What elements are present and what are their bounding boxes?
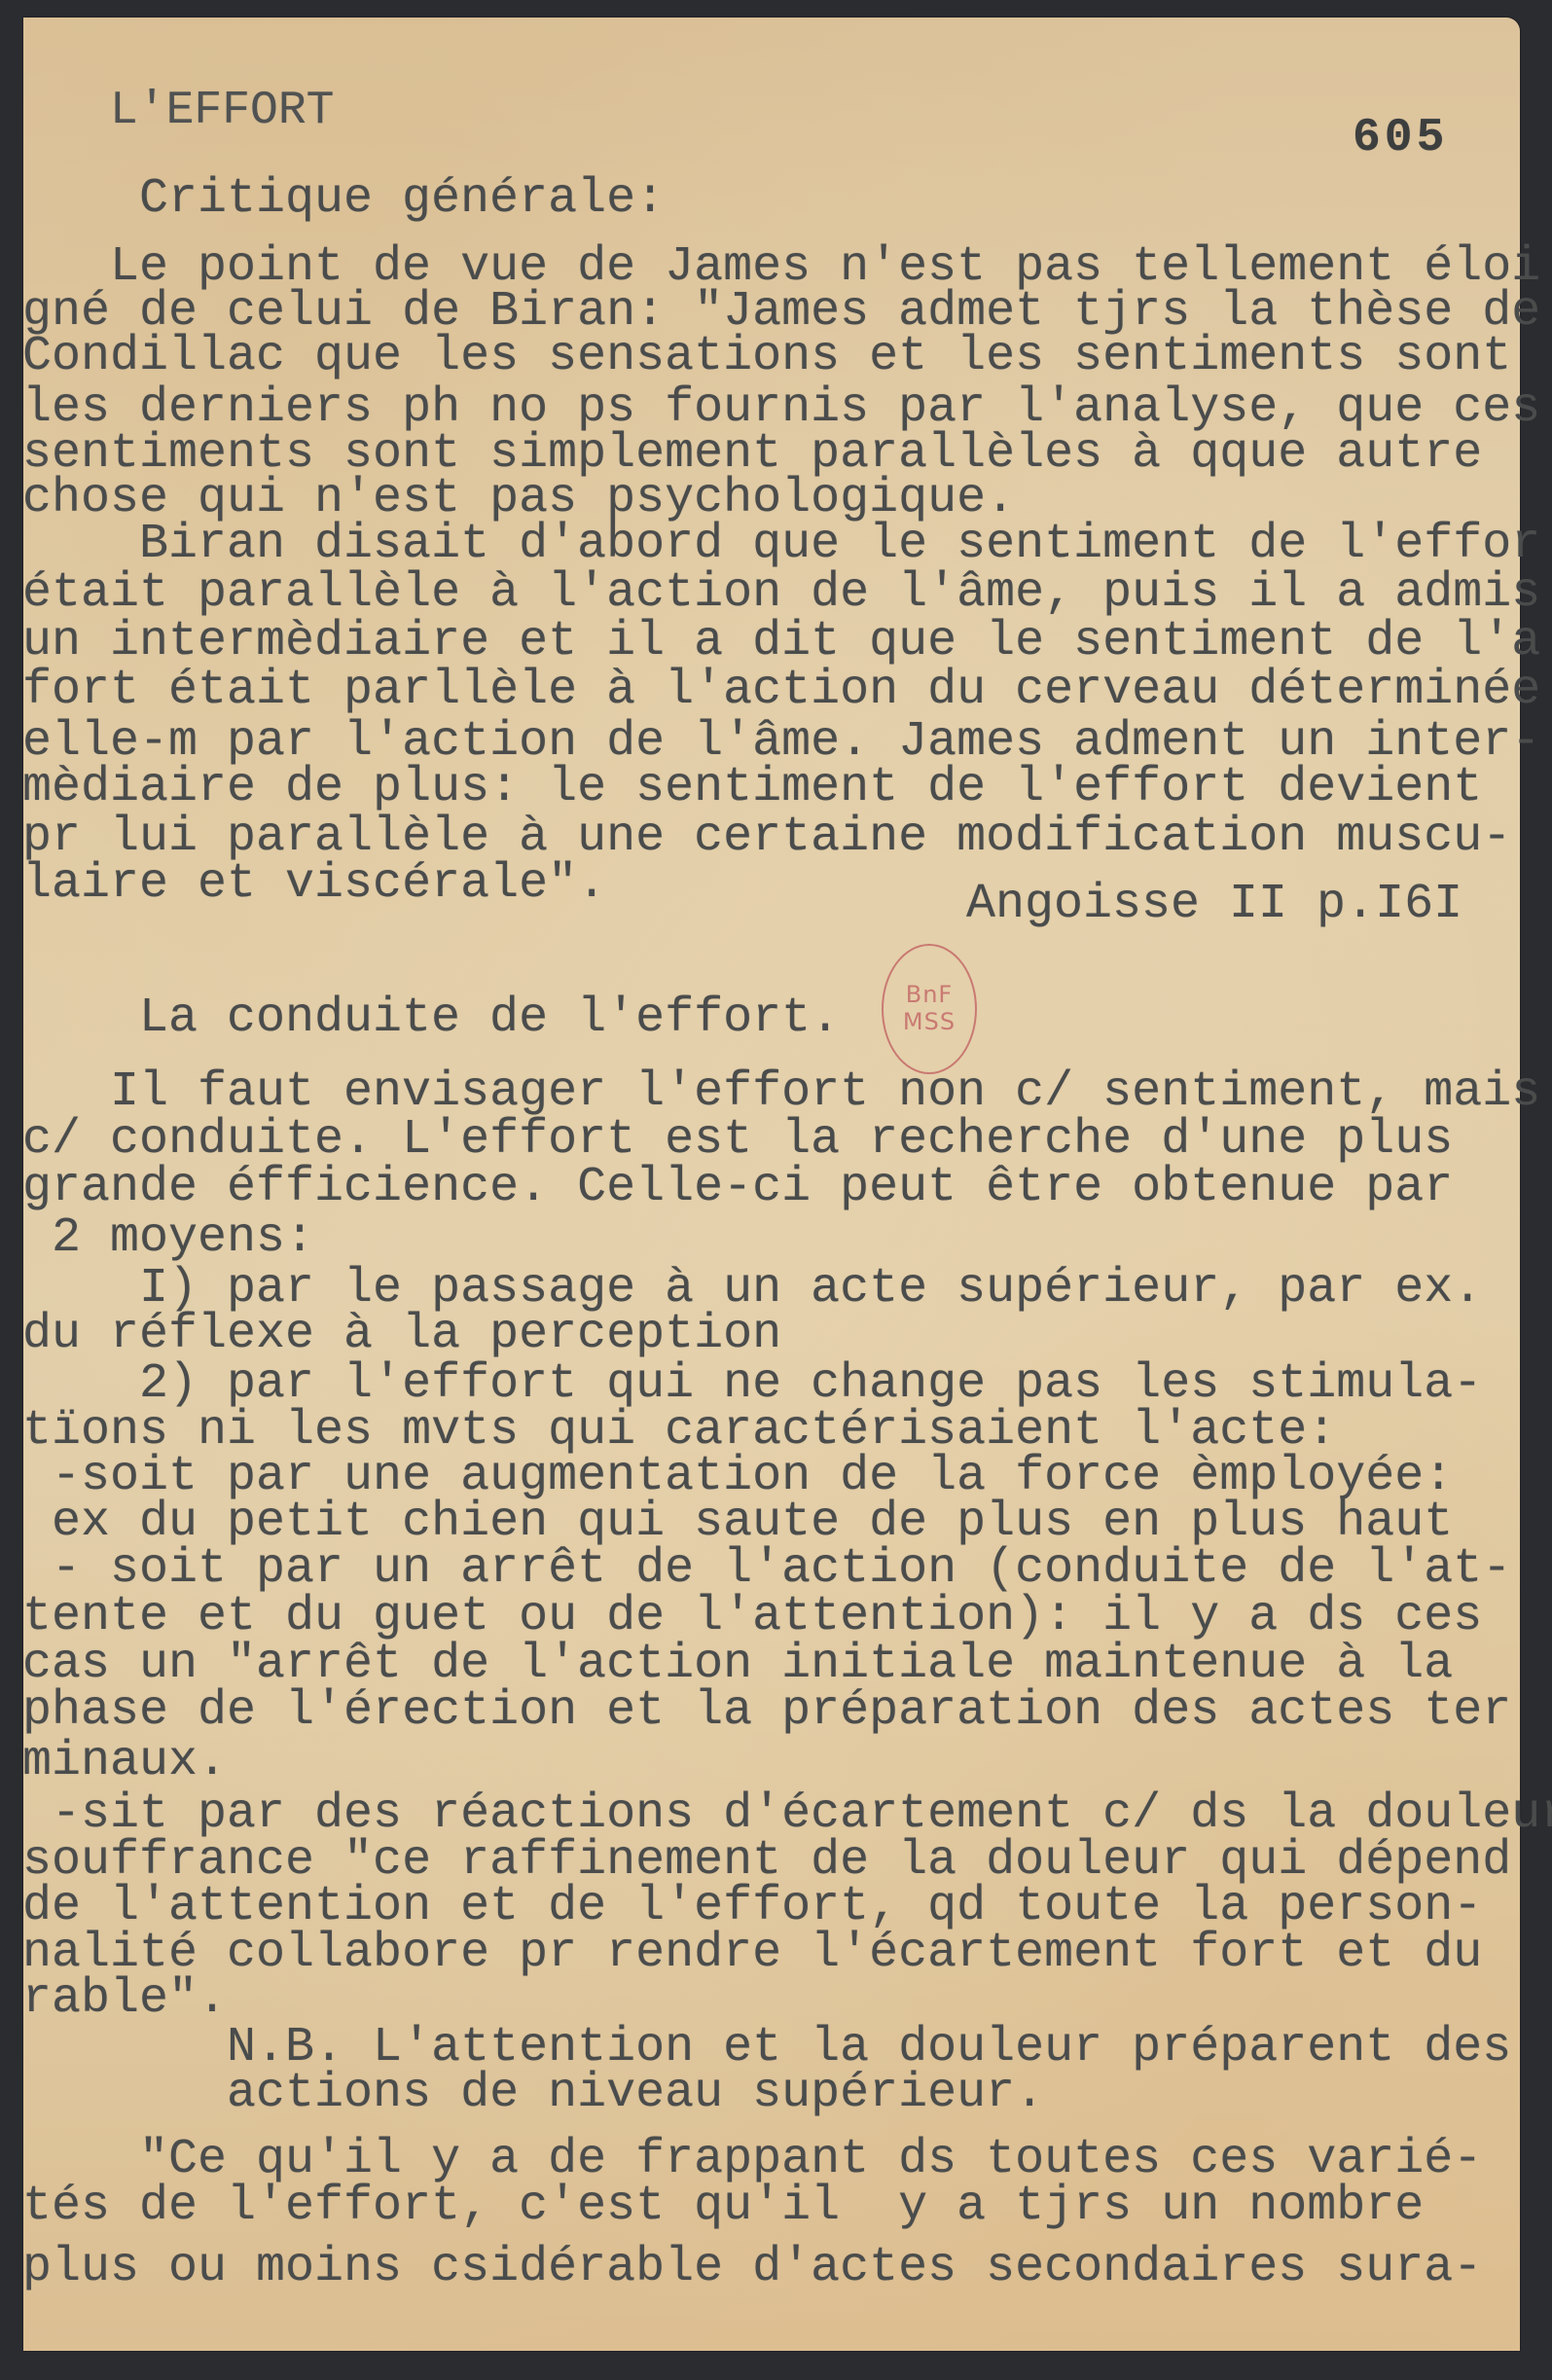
text-line: laire et viscérale". bbox=[22, 860, 606, 909]
text-line: Biran disait d'abord que le sentiment de… bbox=[52, 521, 1540, 569]
text-line: 2) par l'effort qui ne change pas les st… bbox=[22, 1360, 1482, 1409]
text-line: mèdiaire de plus: le sentiment de l'effo… bbox=[22, 764, 1482, 812]
text-line: plus ou moins csidérable d'actes seconda… bbox=[22, 2244, 1482, 2292]
text-line: actions de niveau supérieur. bbox=[22, 2070, 1044, 2118]
text-line: fort était parllèle à l'action du cervea… bbox=[22, 667, 1540, 715]
text-line: Il faut envisager l'effort non c/ sentim… bbox=[52, 1068, 1540, 1117]
text-line: un intermèdiaire et il a dit que le sent… bbox=[22, 618, 1540, 667]
text-line: phase de l'érection et la préparation de… bbox=[22, 1687, 1511, 1736]
text-line: était parallèle à l'action de l'âme, pui… bbox=[22, 569, 1540, 618]
text-line: grande éfficience. Celle-ci peut être ob… bbox=[22, 1164, 1453, 1212]
stamp-line-1: BnF bbox=[906, 982, 953, 1009]
text-line: "Ce qu'il y a de frappant ds toutes ces … bbox=[22, 2136, 1482, 2184]
text-line: 2 moyens: bbox=[22, 1214, 314, 1263]
text-line: -sit par des réactions d'écartement c/ d… bbox=[22, 1790, 1552, 1839]
text-line: nalité collabore pr rendre l'écartement … bbox=[22, 1929, 1482, 1978]
text-line: minaux. bbox=[22, 1738, 227, 1786]
text-line: c/ conduite. L'effort est la recherche d… bbox=[22, 1116, 1453, 1165]
text-line: tente et du guet ou de l'attention): il … bbox=[22, 1593, 1482, 1641]
section-title-critique: Critique générale: bbox=[139, 175, 665, 224]
bnf-mss-stamp: BnF MSS bbox=[882, 944, 977, 1074]
text-line: tés de l'effort, c'est qu'il y a tjrs un… bbox=[22, 2182, 1424, 2231]
text-line: de l'attention et de l'effort, qd toute … bbox=[22, 1883, 1482, 1931]
text-line: rable". bbox=[22, 1975, 227, 2024]
card-header: L'EFFORT bbox=[110, 88, 334, 134]
page-number: 605 bbox=[1353, 115, 1448, 162]
section-title-conduite: La conduite de l'effort. bbox=[139, 994, 840, 1043]
citation: Angoisse II p.I6I bbox=[966, 881, 1462, 929]
text-line: du réflexe à la perception bbox=[22, 1311, 781, 1359]
text-line: pr lui parallèle à une certaine modifica… bbox=[22, 813, 1511, 862]
text-line: - soit par un arrêt de l'action (conduit… bbox=[22, 1545, 1511, 1594]
text-line: Condillac que les sensations et les sent… bbox=[22, 333, 1511, 381]
text-line: ex du petit chien qui saute de plus en p… bbox=[22, 1498, 1453, 1547]
text-line: cas un "arrêt de l'action initiale maint… bbox=[22, 1641, 1453, 1689]
stamp-line-2: MSS bbox=[903, 1009, 956, 1036]
